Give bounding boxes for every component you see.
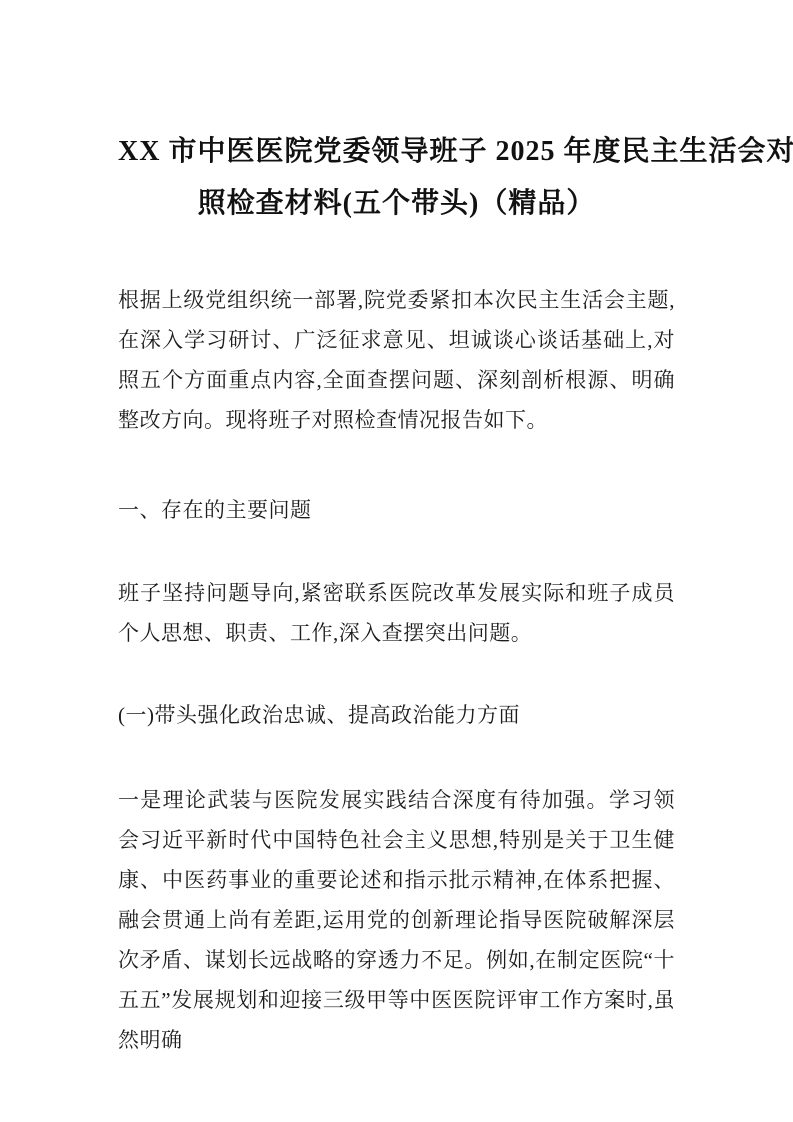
subsection-heading-political-loyalty: (一)带头强化政治忠诚、提高政治能力方面 bbox=[118, 695, 675, 735]
document-title: XX 市中医医院党委领导班子 2025 年度民主生活会对 照检查材料(五个带头)… bbox=[118, 126, 675, 230]
paragraph-problems-overview: 班子坚持问题导向,紧密联系医院改革发展实际和班子成员个人思想、职责、工作,深入查… bbox=[118, 573, 675, 653]
paragraph-issue-theory: 一是理论武装与医院发展实践结合深度有待加强。学习领会习近平新时代中国特色社会主义… bbox=[118, 780, 675, 1060]
section-heading-main-problems: 一、存在的主要问题 bbox=[118, 490, 675, 530]
document-title-line-1: XX 市中医医院党委领导班子 2025 年度民主生活会对 bbox=[118, 126, 675, 178]
document-page: XX 市中医医院党委领导班子 2025 年度民主生活会对 照检查材料(五个带头)… bbox=[0, 0, 793, 1122]
document-title-line-2: 照检查材料(五个带头)（精品） bbox=[118, 178, 675, 230]
paragraph-intro: 根据上级党组织统一部署,院党委紧扣本次民主生活会主题,在深入学习研讨、广泛征求意… bbox=[118, 280, 675, 440]
